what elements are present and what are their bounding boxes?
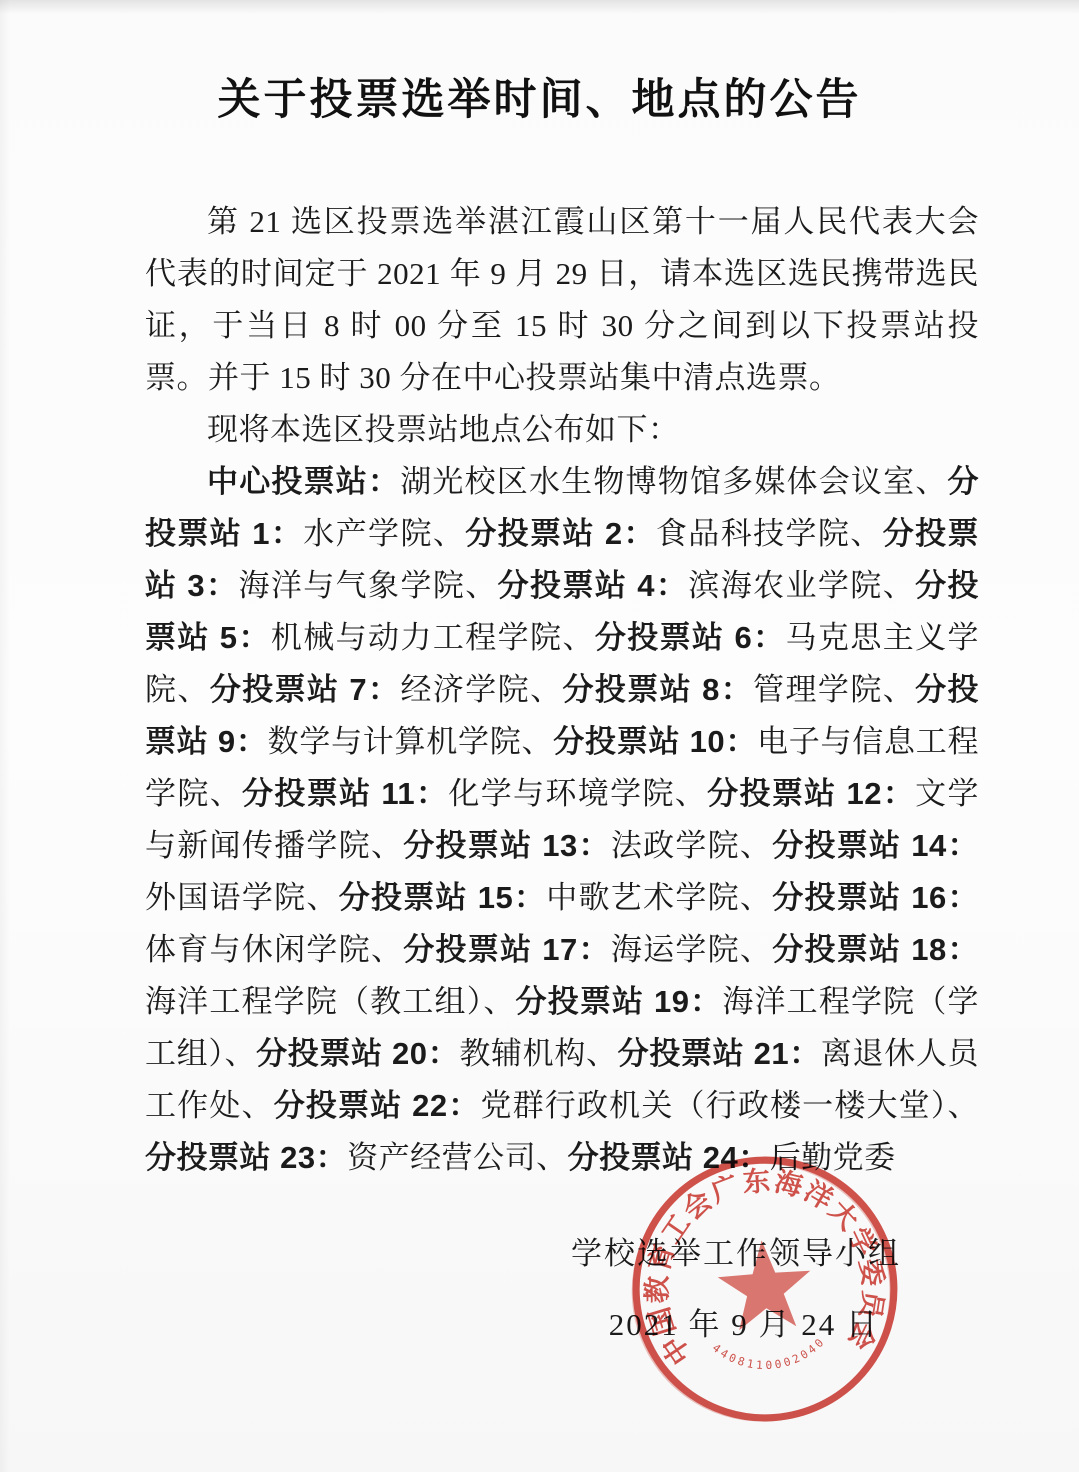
station-label: 分投票站 10： (553, 724, 757, 759)
station-location: 海洋工程学院（教工组）、 (145, 984, 516, 1019)
seal-star-icon (715, 1237, 814, 1331)
station-label: 分投票站 18： (772, 932, 979, 967)
station-location: 食品科技学院、 (656, 516, 883, 551)
station-label: 分投票站 14： (772, 828, 979, 863)
station-location: 湖光校区水生物博物馆多媒体会议室、 (400, 464, 947, 499)
station-label: 分投票站 11： (242, 776, 448, 811)
official-seal-stamp: 中国教育工会广东海洋大学委员会 4408110002040 (619, 1143, 911, 1435)
station-location: 经济学院、 (400, 672, 562, 707)
station-location: 管理学院、 (753, 672, 915, 707)
station-label: 分投票站 20： (256, 1036, 459, 1071)
station-location: 资产经营公司、 (347, 1140, 568, 1175)
page-title: 关于投票选举时间、地点的公告 (0, 0, 1079, 127)
station-location: 化学与环境学院、 (448, 776, 707, 811)
station-location: 外国语学院、 (145, 880, 339, 915)
signature-block: 学校选举工作领导小组 2021 年 9 月 24 日 (0, 1228, 1079, 1344)
station-label: 分投票站 4： (498, 568, 689, 603)
document-body: 第 21 选区投票选举湛江霞山区第十一届人民代表大会代表的时间定于 2021 年… (145, 196, 979, 1184)
scanned-document-page: 关于投票选举时间、地点的公告 第 21 选区投票选举湛江霞山区第十一届人民代表大… (0, 0, 1079, 1472)
station-label: 分投票站 15： (339, 880, 547, 915)
station-label: 分投票站 19： (516, 984, 723, 1019)
station-location: 海洋与气象学院、 (238, 568, 497, 603)
station-label: 分投票站 21： (618, 1036, 821, 1071)
station-location: 法政学院、 (611, 828, 772, 863)
station-label: 分投票站 12： (707, 776, 915, 811)
seal-code-number: 4408110002040 (709, 1334, 830, 1376)
station-label: 分投票站 23： (145, 1140, 347, 1175)
station-location: 海运学院、 (611, 932, 772, 967)
station-label: 分投票站 2： (465, 516, 656, 551)
station-label: 分投票站 6： (595, 620, 786, 655)
station-location: 体育与休闲学院、 (145, 932, 403, 967)
station-location: 数学与计算机学院、 (268, 724, 554, 759)
station-location: 滨海农业学院、 (688, 568, 915, 603)
station-location: 水产学院、 (303, 516, 465, 551)
station-location: 党群行政机关（行政楼一楼大堂）、 (480, 1088, 979, 1123)
station-label: 分投票站 13： (403, 828, 611, 863)
station-location: 中歌艺术学院、 (546, 880, 772, 915)
intro-paragraph: 第 21 选区投票选举湛江霞山区第十一届人民代表大会代表的时间定于 2021 年… (145, 196, 979, 404)
station-label: 分投票站 17： (403, 932, 611, 967)
station-location: 机械与动力工程学院、 (271, 620, 595, 655)
polling-stations-paragraph: 中心投票站：湖光校区水生物博物馆多媒体会议室、分投票站 1：水产学院、分投票站 … (145, 456, 979, 1184)
station-label: 中心投票站： (207, 464, 400, 499)
station-label: 分投票站 7： (210, 672, 401, 707)
station-location: 教辅机构、 (459, 1036, 617, 1071)
station-label: 分投票站 8： (562, 672, 753, 707)
station-label: 分投票站 16： (772, 880, 979, 915)
announce-paragraph: 现将本选区投票站地点公布如下： (145, 404, 979, 456)
station-label: 分投票站 22： (274, 1088, 481, 1123)
